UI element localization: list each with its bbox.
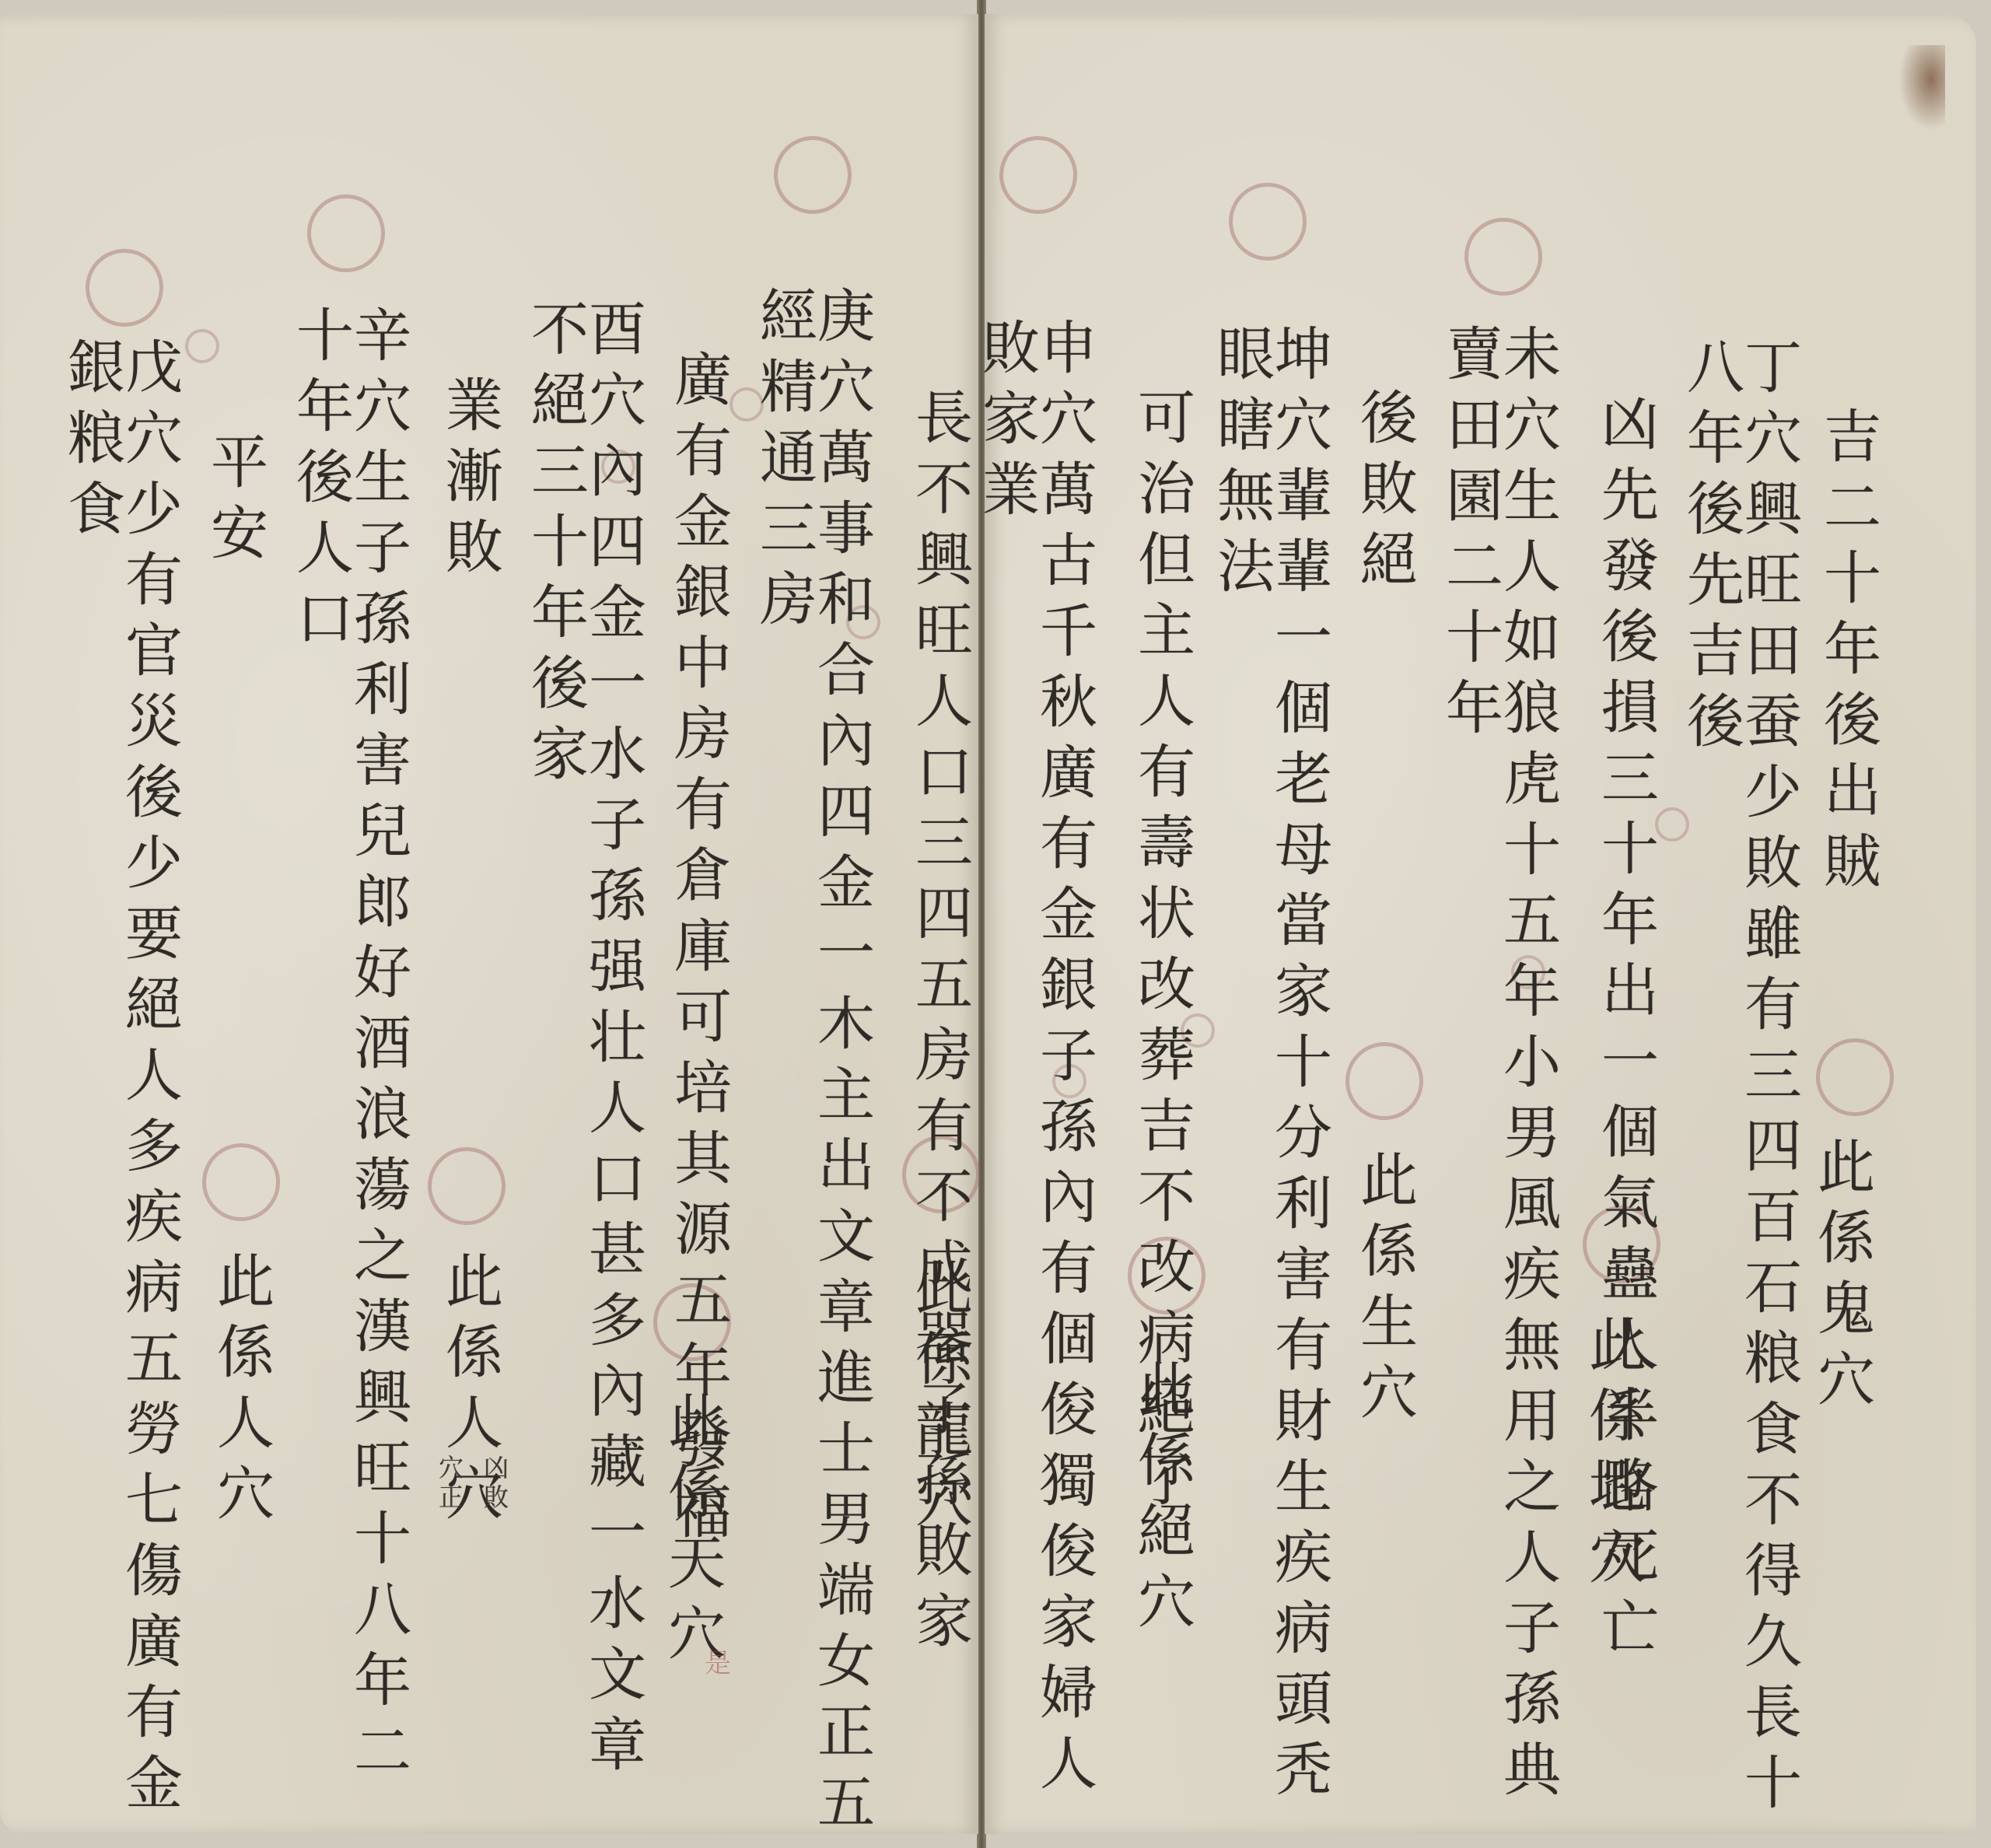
circle-mark-icon bbox=[307, 194, 385, 272]
circle-mark-icon bbox=[999, 136, 1077, 214]
cave-label: 此係生穴 bbox=[1356, 1150, 1413, 1433]
text-column: 業漸敗 bbox=[441, 375, 499, 587]
circle-mark-icon bbox=[1229, 183, 1307, 261]
cave-label: 此係人穴 bbox=[212, 1251, 270, 1534]
text-column: 平安 bbox=[206, 432, 264, 573]
margin-annotation: 凶敗 bbox=[482, 1454, 507, 1514]
text-column: 可治但主人有壽状改葬吉不改病絕了 bbox=[1133, 387, 1191, 1520]
text-column: 坤穴輩輩一個老母當家十分利害有財生疾病頭秃眼瞎無法 bbox=[1212, 324, 1328, 1848]
circle-mark-icon bbox=[86, 249, 163, 327]
circle-mark-icon bbox=[202, 1143, 280, 1221]
cave-label: 此係龍穴 bbox=[911, 1258, 968, 1541]
text-column: 丁穴興旺田蚕少敗雖有三四百石粮食不得久長十八年後先吉後 bbox=[1682, 337, 1797, 1848]
text-column: 庚穴萬事和合內四金一木主出文章進士男端女正五經精通三房 bbox=[755, 285, 870, 1848]
cave-label: 此係天穴 bbox=[663, 1391, 721, 1674]
circle-mark-icon bbox=[1345, 1042, 1423, 1120]
cave-label: 此係鬼穴 bbox=[1813, 1136, 1870, 1419]
red-seal-mark: 是 bbox=[697, 1649, 735, 1675]
corner-stain bbox=[1898, 45, 1945, 131]
circle-mark-icon bbox=[428, 1147, 506, 1225]
text-column: 未穴生人如狼虎十五年小男風疾無用之人子孫典賣田園二十年 bbox=[1441, 324, 1556, 1848]
circle-mark-icon bbox=[1464, 218, 1542, 296]
text-column: 申穴萬古千秋廣有金銀子孫內有個俊獨俊家婦人敗家業 bbox=[978, 317, 1093, 1848]
margin-annotation: 穴正 bbox=[437, 1454, 462, 1514]
text-column: 酉穴內四金一水子孫强壮人口甚多內藏一水文章不絕三十年後家 bbox=[527, 299, 642, 1848]
circle-mark-icon bbox=[774, 136, 852, 214]
cave-label: 此係地穴 bbox=[1584, 1314, 1642, 1598]
text-column: 戊穴少有官災後少要絕人多疾病五勞七傷廣有金銀粮食 bbox=[63, 337, 178, 1848]
text-column: 吉二十年後出賊 bbox=[1819, 406, 1877, 901]
circle-mark-icon bbox=[1816, 1038, 1894, 1116]
text-column: 辛穴生子孫利害兒郎好酒浪蕩之漢興旺十八年二十年後人口 bbox=[292, 305, 407, 1848]
text-column: 廣有金銀中房有倉庫可培其源五年發福 bbox=[670, 349, 727, 1552]
circle-mark-icon bbox=[185, 329, 219, 363]
cave-label: 此係絕穴 bbox=[1133, 1359, 1191, 1642]
text-column: 後敗絕 bbox=[1356, 387, 1413, 600]
